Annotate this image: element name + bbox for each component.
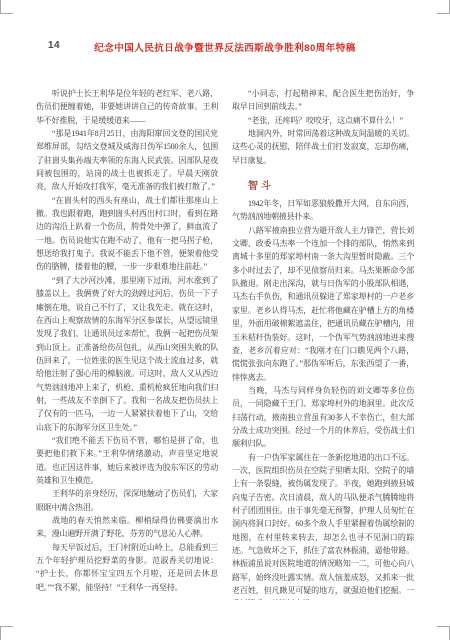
paragraph: 当晚，马杰与同样身负轻伤的刘文卿等多位伤员，一同隐藏于王门、郑家埠村外的地洞里。… — [232, 384, 414, 451]
paragraph: 有一户伪军家属住在一条新挖地道的出口不远。一次，医院组织伤员在空院子里晒太阳，空… — [232, 451, 414, 600]
paragraph: 战地的春天悄然来临。柳梢绿得仿佛要滴出水来，漫山遍野开满了野花，芬芳的气息沁人心… — [36, 514, 218, 541]
right-column: “小同志，打起精神来，配合医生把伤治好，争取早日回到前线去。” “老张，还疼吗？… — [232, 87, 414, 600]
paragraph: 每天早饭过后，王门村附近山岭上，总能看到三五个年轻护理员挖野菜的身影。范淑香关切… — [36, 541, 218, 594]
page-number: 14 — [48, 40, 60, 51]
paragraph: 王利华的亲身经历，深深地触动了伤员们，大家眼眶中满含热泪。 — [36, 487, 218, 514]
section-heading: 智斗 — [248, 177, 414, 192]
paragraph: 地洞内外，时常回荡着这种战友间温暖的关切。这些心灵的抚慰，陪伴战士们打发寂寞，忘… — [232, 127, 414, 167]
crop-mark-bottom-right — [437, 626, 450, 640]
paragraph: “那是1941年8月25日，由海阳窜回文登的国民党郑维屏部，勾结文登城及威海日伪… — [36, 127, 218, 194]
paragraph: “小同志，打起精神来，配合医生把伤治好，争取早日回到前线去。” — [232, 87, 414, 114]
paragraph: “我们绝不能丢下伤员不管，哪怕是拼了命，也要把他们救下来。”王利华情绪激动，声音… — [36, 434, 218, 487]
paragraph: “老张，还疼吗？咬咬牙，这点痛不算什么！” — [232, 114, 414, 127]
left-column: 听说护士长王利华是位年轻的老红军、老八路，伤员们便缠着她，非要她讲讲自己的传奇故… — [36, 87, 218, 600]
paragraph: “在崮头村的西头有座山，战士们都往那座山上撤。我也跟着跑，跑到崮头村西出村口时，… — [36, 194, 218, 274]
running-head-title: 纪念中国人民抗日战争暨世界反法西斯战争胜利80周年特稿 — [0, 40, 450, 54]
crop-mark-top-left — [0, 0, 13, 14]
paragraph: 1942年冬，日军如恶狼般撒开大网，自东向西，气势汹汹地朝掖县扑来。 — [232, 197, 414, 224]
page-body: 听说护士长王利华是位年轻的老红军、老八路，伤员们便缠着她，非要她讲讲自己的传奇故… — [36, 87, 414, 600]
paragraph: “到了大沙河沙滩，那里刚下过雨，河水涨到了膝盖以上，我俩费了好大的劲蹚过河后，伤… — [36, 274, 218, 434]
crop-mark-top-right — [437, 0, 450, 14]
magazine-page: 14 纪念中国人民抗日战争暨世界反法西斯战争胜利80周年特稿 听说护士长王利华是… — [0, 0, 450, 640]
crop-mark-bottom-left — [0, 626, 13, 640]
paragraph: 听说护士长王利华是位年轻的老红军、老八路，伤员们便缠着她，非要她讲讲自己的传奇故… — [36, 87, 218, 127]
running-head: 14 纪念中国人民抗日战争暨世界反法西斯战争胜利80周年特稿 — [0, 40, 450, 56]
paragraph: 八路军掖南独立营为避开敌人主力锋芒，营长刘文卿、政委马杰率一个连加一个排的部队，… — [232, 224, 414, 384]
